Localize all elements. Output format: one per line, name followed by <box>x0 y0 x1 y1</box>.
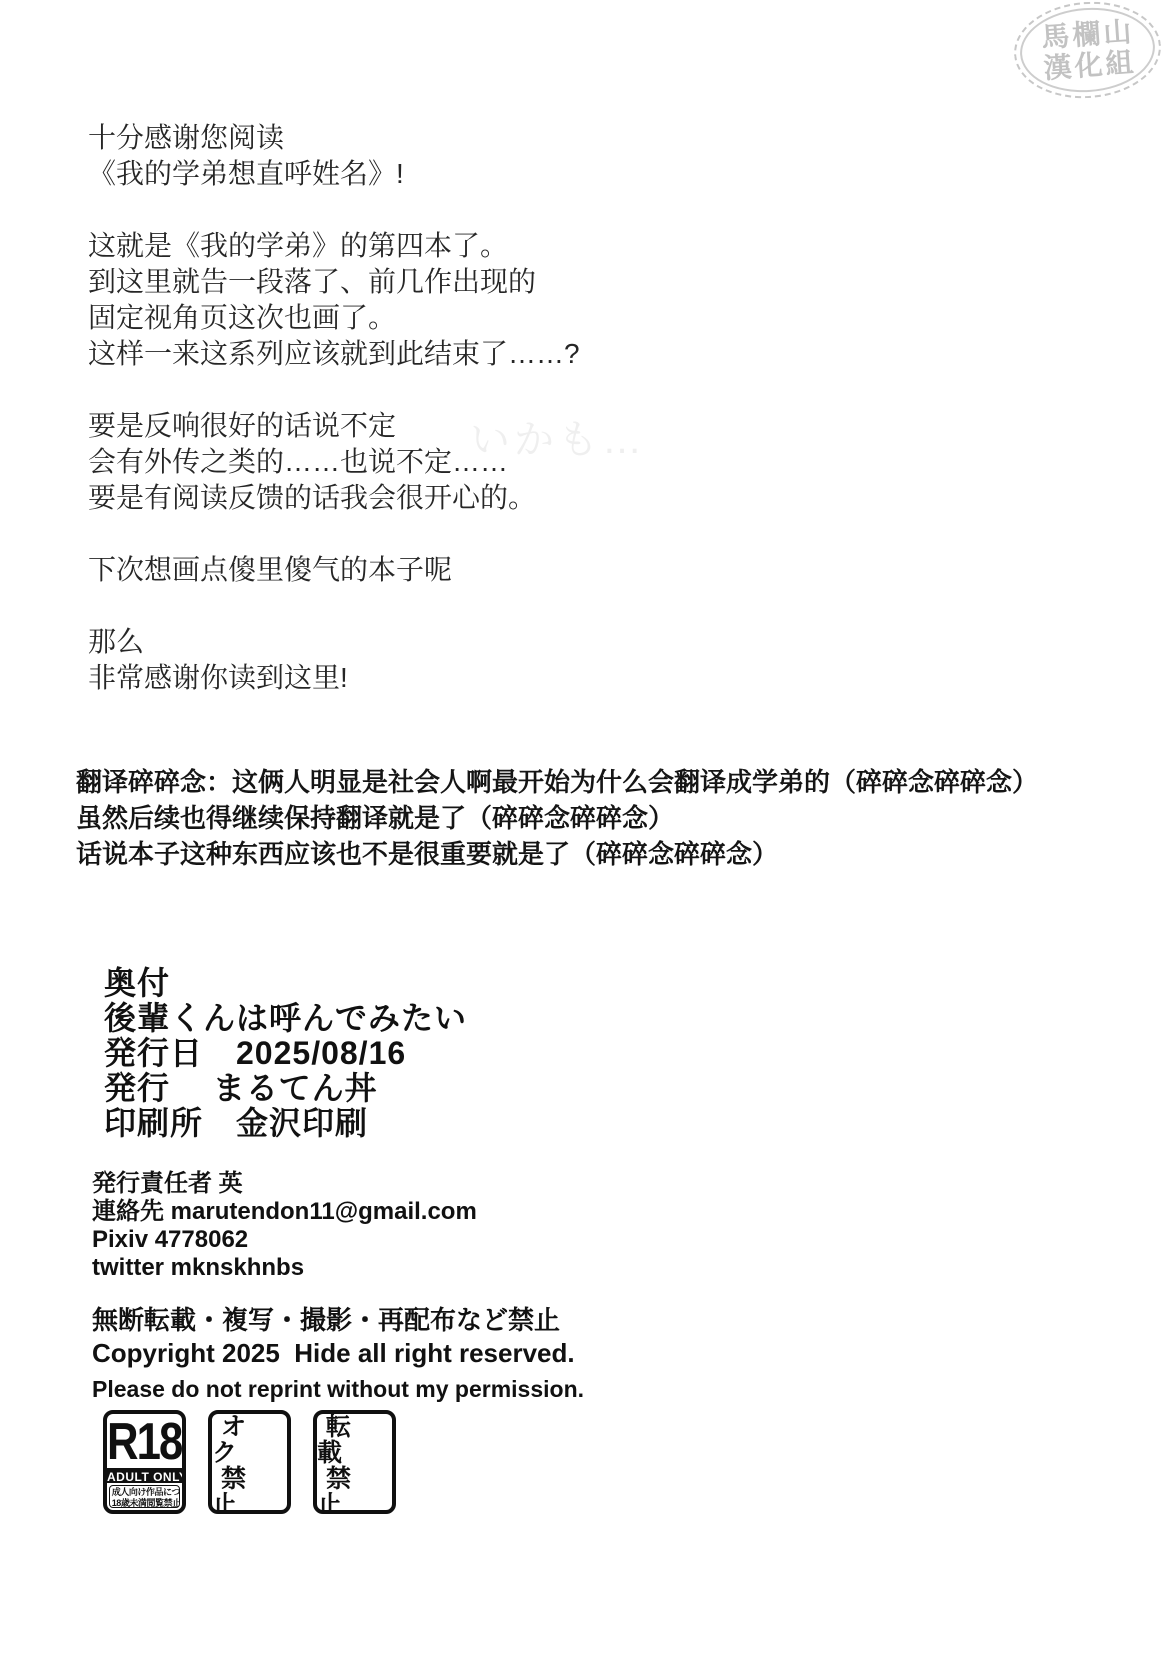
rights-line: Copyright 2025 Hide all right reserved. <box>92 1337 575 1370</box>
contact-line: 発行責任者 英 <box>92 1170 477 1198</box>
contact-line: twitter mknskhnbs <box>92 1254 477 1282</box>
message-line: 会有外传之类的……也说不定…… <box>88 444 580 480</box>
message-line: 要是有阅读反馈的话我会很开心的。 <box>88 480 580 516</box>
message-line: 这样一来这系列应该就到此结束了……? <box>88 336 580 372</box>
message-line <box>88 516 580 552</box>
r18-badge: R18 ADULT ONLY 成人向け作品につき 18歳未満閲覧禁止 <box>103 1410 186 1514</box>
stamp-line-2: 漢化組 <box>1040 47 1138 85</box>
r18-note-line-1: 成人向け作品につき <box>112 1488 178 1498</box>
message-line: 十分感谢您阅读 <box>88 120 580 156</box>
message-line: 下次想画点傻里傻气的本子呢 <box>88 552 580 588</box>
translator-note-line: 虽然后续也得继续保持翻译就是了（碎碎念碎碎念） <box>76 800 1038 836</box>
translator-notes: 翻译碎碎念：这俩人明显是社会人啊最开始为什么会翻译成学弟的（碎碎念碎碎念）虽然后… <box>76 764 1038 872</box>
no-reprint-label-top: 転載 <box>317 1414 392 1466</box>
message-line <box>88 372 580 408</box>
colophon-line: 奥付 <box>104 966 467 1001</box>
main-message: 十分感谢您阅读《我的学弟想直呼姓名》!这就是《我的学弟》的第四本了。到这里就告一… <box>88 120 580 696</box>
r18-note-line-2: 18歳未満閲覧禁止 <box>112 1499 178 1508</box>
r18-badge-mark: R18 <box>107 1414 182 1468</box>
message-line: 这就是《我的学弟》的第四本了。 <box>88 228 580 264</box>
no-reprint-label-bottom: 禁止 <box>317 1466 392 1514</box>
contact-line: Pixiv 4778062 <box>92 1226 477 1254</box>
message-line: 非常感谢你读到这里! <box>88 660 580 696</box>
no-auction-label-bottom: 禁止 <box>212 1466 287 1514</box>
translation-group-stamp: 馬欄山 漢化組 <box>1011 0 1164 103</box>
rights-notice: 無断転載・複写・撮影・再配布など禁止Copyright 2025 Hide al… <box>92 1304 575 1370</box>
message-line <box>88 588 580 624</box>
rights-line: 無断転載・複写・撮影・再配布など禁止 <box>92 1304 575 1337</box>
no-auction-badge: オク 禁止 Prohibition of resale. ネットオークション・ … <box>208 1410 291 1514</box>
contact-info: 発行責任者 英連絡先 marutendon11@gmail.comPixiv 4… <box>92 1170 477 1282</box>
colophon-line: 印刷所 金沢印刷 <box>104 1106 467 1141</box>
no-auction-label-top: オク <box>212 1414 287 1466</box>
translator-note-line: 翻译碎碎念：这俩人明显是社会人啊最开始为什么会翻译成学弟的（碎碎念碎碎念） <box>76 764 1038 800</box>
no-reprint-badge-mark: 転載 禁止 <box>317 1414 392 1514</box>
message-line: 要是反响很好的话说不定 <box>88 408 580 444</box>
colophon-line: 後輩くんは呼んでみたい <box>104 1001 467 1036</box>
r18-label: R18 <box>107 1411 181 1471</box>
message-line: 《我的学弟想直呼姓名》! <box>88 156 580 192</box>
r18-badge-note: 成人向け作品につき 18歳未満閲覧禁止 <box>109 1485 180 1508</box>
no-reprint-badge: 転載 禁止 Reprint is prohibited. 無断転載・複製・複写・… <box>313 1410 396 1514</box>
no-auction-badge-mark: オク 禁止 <box>212 1414 287 1514</box>
reprint-permission-notice: Please do not reprint without my permiss… <box>92 1376 584 1403</box>
colophon: 奥付後輩くんは呼んでみたい発行日 2025/08/16発行 まるてん丼印刷所 金… <box>104 966 467 1141</box>
colophon-line: 発行 まるてん丼 <box>104 1071 467 1106</box>
prohibition-badges: R18 ADULT ONLY 成人向け作品につき 18歳未満閲覧禁止 オク 禁止… <box>103 1410 396 1514</box>
afterword-page: 馬欄山 漢化組 いかも… 十分感谢您阅读《我的学弟想直呼姓名》!这就是《我的学弟… <box>0 0 1165 1654</box>
message-line: 那么 <box>88 624 580 660</box>
message-line <box>88 192 580 228</box>
translator-note-line: 话说本子这种东西应该也不是很重要就是了（碎碎念碎碎念） <box>76 836 1038 872</box>
message-line: 到这里就告一段落了、前几作出现的 <box>88 264 580 300</box>
colophon-line: 発行日 2025/08/16 <box>104 1036 467 1071</box>
stamp-text: 馬欄山 漢化組 <box>1011 0 1164 103</box>
contact-line: 連絡先 marutendon11@gmail.com <box>92 1198 477 1226</box>
message-line: 固定视角页这次也画了。 <box>88 300 580 336</box>
